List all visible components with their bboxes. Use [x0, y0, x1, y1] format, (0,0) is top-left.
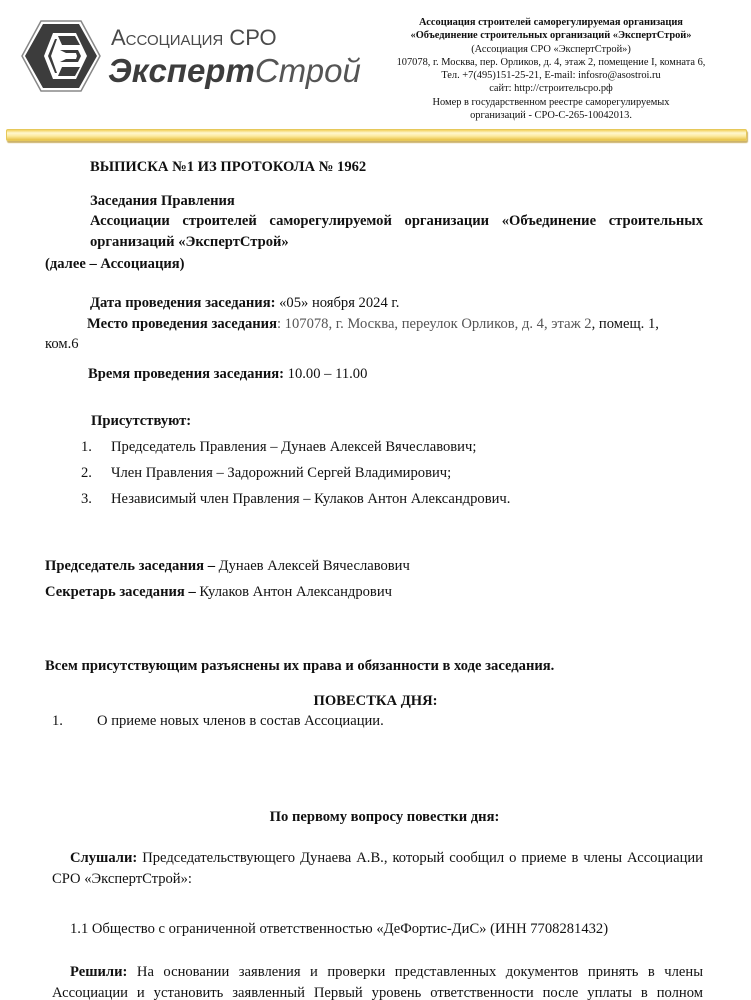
logo-text-brand: ЭкспертСтрой	[108, 52, 361, 90]
heard-label: Слушали:	[70, 850, 137, 866]
chair: Председатель заседания – Дунаев Алексей …	[45, 557, 410, 575]
meeting-place-room: ком.6	[45, 335, 79, 353]
agenda-title: ПОВЕСТКА ДНЯ:	[0, 692, 751, 710]
present-item-3: Независимый член Правления – Кулаков Ант…	[111, 490, 510, 508]
org-alias: (далее – Ассоциация)	[45, 255, 185, 273]
org-short-name: (Ассоциация СРО «ЭкспертСтрой»)	[372, 43, 730, 56]
org-full-name-2: «Объединение строительных организаций «Э…	[372, 29, 730, 42]
time-label: Время проведения заседания:	[88, 366, 284, 382]
logo-brand-bold: Эксперт	[108, 52, 255, 89]
first-question-title: По первому вопросу повестки дня:	[0, 808, 751, 826]
org-info-block: Ассоциация строителей саморегулируемая о…	[372, 16, 730, 122]
chair-value: Дунаев Алексей Вячеславович	[215, 558, 410, 574]
decided-label: Решили:	[70, 964, 127, 980]
present-item-1: Председатель Правления – Дунаев Алексей …	[111, 438, 476, 456]
heard-text: Председательствующего Дунаева А.В., кото…	[52, 850, 703, 887]
meeting-time: Время проведения заседания: 10.00 – 11.0…	[88, 365, 367, 383]
logo-text-association: Ассоциация СРО	[111, 25, 277, 51]
org-name-line2: организаций «ЭкспертСтрой»	[90, 233, 289, 251]
secretary-value: Кулаков Антон Александрович	[196, 584, 392, 600]
present-label: Присутствуют:	[91, 412, 191, 430]
meeting-type: Заседания Правления	[90, 192, 235, 210]
date-label: Дата проведения заседания:	[90, 295, 275, 311]
org-name-line1: Ассоциации строителей саморегулируемой о…	[90, 212, 703, 230]
hexagon-e-logo-icon	[20, 19, 102, 93]
date-value: «05» ноября 2024 г.	[275, 295, 399, 311]
logo-brand-light: Строй	[255, 52, 361, 89]
present-num-1: 1.	[81, 438, 92, 456]
header-divider	[6, 129, 747, 141]
secretary: Секретарь заседания – Кулаков Антон Алек…	[45, 583, 392, 601]
org-website: сайт: http://строительсро.рф	[372, 82, 730, 95]
applicant-item: 1.1 Общество с ограниченной ответственно…	[70, 920, 608, 938]
secretary-label: Секретарь заседания –	[45, 584, 196, 600]
agenda-item-1: О приеме новых членов в состав Ассоциаци…	[97, 712, 384, 730]
present-item-2: Член Правления – Задорожний Сергей Влади…	[111, 464, 451, 482]
meeting-date: Дата проведения заседания: «05» ноября 2…	[90, 294, 399, 312]
place-tail: , помещ. 1,	[592, 316, 659, 332]
org-registry-number: организаций - СРО-С-265-10042013.	[372, 109, 730, 122]
place-value: : 107078, г. Москва, переулок Орликов, д…	[277, 316, 592, 332]
rights-notice: Всем присутствующим разъяснены их права …	[45, 657, 554, 675]
present-num-2: 2.	[81, 464, 92, 482]
chair-label: Председатель заседания –	[45, 558, 215, 574]
time-value: 10.00 – 11.00	[284, 366, 367, 382]
org-registry: Номер в государственном реестре саморегу…	[372, 96, 730, 109]
agenda-num-1: 1.	[52, 712, 63, 730]
org-contacts: Тел. +7(495)151-25-21, E-mail: infosro@a…	[372, 69, 730, 82]
meeting-place: Место проведения заседания: 107078, г. М…	[87, 315, 659, 333]
place-label: Место проведения заседания	[87, 316, 277, 332]
document-title: ВЫПИСКА №1 ИЗ ПРОТОКОЛА № 1962	[90, 158, 366, 176]
org-address: 107078, г. Москва, пер. Орликов, д. 4, э…	[372, 56, 730, 69]
decided-text: На основании заявления и проверки предст…	[52, 964, 703, 1000]
decided-paragraph: Решили: На основании заявления и проверк…	[52, 962, 703, 1000]
present-num-3: 3.	[81, 490, 92, 508]
heard-paragraph: Слушали: Председательствующего Дунаева А…	[52, 848, 703, 890]
org-full-name: Ассоциация строителей саморегулируемая о…	[372, 16, 730, 29]
